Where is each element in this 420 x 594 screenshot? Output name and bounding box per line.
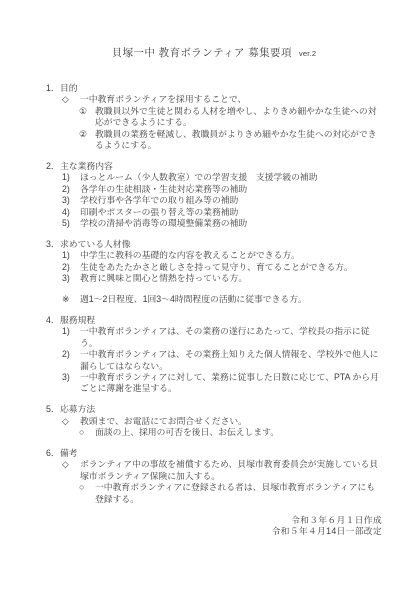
item-text: 教育に興味と関心と情熱を持っている方。 [80,273,382,284]
item-text: 印刷やポスターの張り替え等の業務補助 [80,207,382,218]
section-items: 1) 一中教育ボランティアは、その業務の遂行にあたって、学校長の指示に従う。 2… [46,326,382,394]
section-number: 5． [46,404,60,415]
document-section: 6． 備考 ◇ ボランティア中の事故を補償するため、貝塚市教育委員会が実施してい… [46,448,382,505]
section-number: 2． [46,161,60,172]
section-heading: 1． 目的 [46,83,382,94]
item-text: ほっとルーム（少人数教室）での学習支援 支援学級の補助 [80,172,382,183]
section-number: 3． [46,239,60,250]
section-items: ◇ 一中教育ボランティアを採用することで、 ① 教職員以外で生徒と関わる人材を増… [46,94,382,151]
section-title: 目的 [60,83,78,94]
document-title: 貝塚一中 教育ボランティア 募集要項ver.2 [46,47,382,60]
list-item: ○ 面談の上、採用の可否を後日、お伝えします。 [46,427,382,438]
list-item: 3) 教育に興味と関心と情熱を持っている方。 [46,273,382,284]
item-marker: ※ [62,294,80,305]
section-number: 1． [46,83,60,94]
section-heading: 3． 求めている人材像 [46,239,382,250]
item-marker: ◇ [62,416,80,427]
item-marker: 2) [62,262,80,273]
document-section: 5． 応募方法 ◇ 教頭まで、お電話にてお問合せください。 ○ 面談の上、採用の… [46,404,382,438]
list-item: 1) 一中教育ボランティアは、その業務の遂行にあたって、学校長の指示に従う。 [46,326,382,349]
item-text: 中学生に教科の基礎的な内容を教えることができる方。 [80,250,382,261]
section-heading: 2． 主な業務内容 [46,161,382,172]
list-item: ◇ ボランティア中の事故を補償するため、貝塚市教育委員会が実施している貝塚市ボラ… [46,459,382,482]
item-marker: 3) [62,273,80,284]
section-title: 応募方法 [60,404,95,415]
item-text: 教職員以外で生徒と関わる人材を増やし、よりきめ細やかな生徒への対応ができるように… [95,106,382,129]
section-items: ◇ 教頭まで、お電話にてお問合せください。 ○ 面談の上、採用の可否を後日、お伝… [46,416,382,439]
list-item: 3) 一中教育ボランティアに対して、業務に従事した日数に応じて、PTA から月ご… [46,372,382,395]
title-version: ver.2 [299,49,316,58]
item-text: 週1～2日程度、1回3～4時間程度の活動に従事できる方。 [80,294,382,305]
section-heading: 6． 備考 [46,448,382,459]
item-marker: ○ [79,482,95,505]
item-marker: 3) [62,372,80,395]
section-title: 求めている人材像 [60,239,130,250]
list-item: ※ 週1～2日程度、1回3～4時間程度の活動に従事できる方。 [46,294,382,305]
item-text: 学校の清掃や消毒等の環境整備業務の補助 [80,218,382,229]
item-text: 一中教育ボランティアは、その業務上知りえた個人情報を、学校外で他人に漏らしてはな… [80,349,382,372]
item-text: ボランティア中の事故を補償するため、貝塚市教育委員会が実施している貝塚市ボランテ… [80,459,382,482]
item-marker: ② [79,129,95,152]
list-item: ◇ 教頭まで、お電話にてお問合せください。 [46,416,382,427]
list-item: ◇ 一中教育ボランティアを採用することで、 [46,94,382,105]
list-item: ① 教職員以外で生徒と関わる人材を増やし、よりきめ細やかな生徒への対応ができるよ… [46,106,382,129]
item-marker: 1) [62,250,80,261]
section-items: 1) 中学生に教科の基礎的な内容を教えることができる方。 2) 生徒をあたたかさ… [46,250,382,305]
item-marker: ◇ [62,94,80,105]
item-marker: 5) [62,218,80,229]
document-footer: 令和３年６月１日作成 令和５年４月14日一部改定 [46,515,382,538]
item-marker: 3) [62,195,80,206]
item-marker: 2) [62,184,80,195]
item-text: 一中教育ボランティアを採用することで、 [80,94,382,105]
section-title: 備考 [60,448,78,459]
document-section: 3． 求めている人材像 1) 中学生に教科の基礎的な内容を教えることができる方。… [46,239,382,306]
list-item: 2) 生徒をあたたかさと厳しさを持って見守り、育てることができる方。 [46,262,382,273]
list-item: 3) 学校行事や各学年での取り組み等の補助 [46,195,382,206]
item-text: 各学年の生徒相談・生徒対応業務等の補助 [80,184,382,195]
item-text: 一中教育ボランティアに対して、業務に従事した日数に応じて、PTA から月ごとに薄… [80,372,382,395]
item-marker: ◇ [62,459,80,482]
item-text: 学校行事や各学年での取り組み等の補助 [80,195,382,206]
item-text: 教職員の業務を軽減し、教職員がよりきめ細やかな生徒への対応ができるようにする。 [95,129,382,152]
item-marker: ① [79,106,95,129]
list-item: 1) ほっとルーム（少人数教室）での学習支援 支援学級の補助 [46,172,382,183]
document-section: 2． 主な業務内容 1) ほっとルーム（少人数教室）での学習支援 支援学級の補助… [46,161,382,229]
item-text: 一中教育ボランティアは、その業務の遂行にあたって、学校長の指示に従う。 [80,326,382,349]
footer-created-date: 令和３年６月１日作成 [46,515,382,526]
footer-revised-date: 令和５年４月14日一部改定 [46,526,382,537]
document-body: 1． 目的 ◇ 一中教育ボランティアを採用することで、 ① 教職員以外で生徒と関… [46,83,382,505]
title-text: 貝塚一中 教育ボランティア 募集要項 [112,47,292,59]
list-item: 2) 各学年の生徒相談・生徒対応業務等の補助 [46,184,382,195]
document-section: 1． 目的 ◇ 一中教育ボランティアを採用することで、 ① 教職員以外で生徒と関… [46,83,382,151]
item-text: 教頭まで、お電話にてお問合せください。 [80,416,382,427]
item-marker: 2) [62,349,80,372]
item-marker: 4) [62,207,80,218]
item-text: 一中教育ボランティアに登録される者は、貝塚市教育ボランティアにも登録する。 [95,482,382,505]
item-text: 生徒をあたたかさと厳しさを持って見守り、育てることができる方。 [80,262,382,273]
section-number: 4． [46,315,60,326]
list-item: 2) 一中教育ボランティアは、その業務上知りえた個人情報を、学校外で他人に漏らし… [46,349,382,372]
item-marker: 1) [62,172,80,183]
section-title: 主な業務内容 [60,161,113,172]
item-text: 面談の上、採用の可否を後日、お伝えします。 [95,427,382,438]
section-heading: 4． 服務規程 [46,315,382,326]
item-marker: ○ [79,427,95,438]
document-section: 4． 服務規程 1) 一中教育ボランティアは、その業務の遂行にあたって、学校長の… [46,315,382,395]
list-item: ② 教職員の業務を軽減し、教職員がよりきめ細やかな生徒への対応ができるようにする… [46,129,382,152]
item-marker: 1) [62,326,80,349]
document-page: 貝塚一中 教育ボランティア 募集要項ver.2 1． 目的 ◇ 一中教育ボランテ… [0,0,420,594]
list-item: 5) 学校の清掃や消毒等の環境整備業務の補助 [46,218,382,229]
list-item: 1) 中学生に教科の基礎的な内容を教えることができる方。 [46,250,382,261]
section-heading: 5． 応募方法 [46,404,382,415]
section-items: 1) ほっとルーム（少人数教室）での学習支援 支援学級の補助 2) 各学年の生徒… [46,172,382,229]
section-number: 6． [46,448,60,459]
list-item: ○ 一中教育ボランティアに登録される者は、貝塚市教育ボランティアにも登録する。 [46,482,382,505]
section-items: ◇ ボランティア中の事故を補償するため、貝塚市教育委員会が実施している貝塚市ボラ… [46,459,382,505]
section-title: 服務規程 [60,315,95,326]
list-item: 4) 印刷やポスターの張り替え等の業務補助 [46,207,382,218]
